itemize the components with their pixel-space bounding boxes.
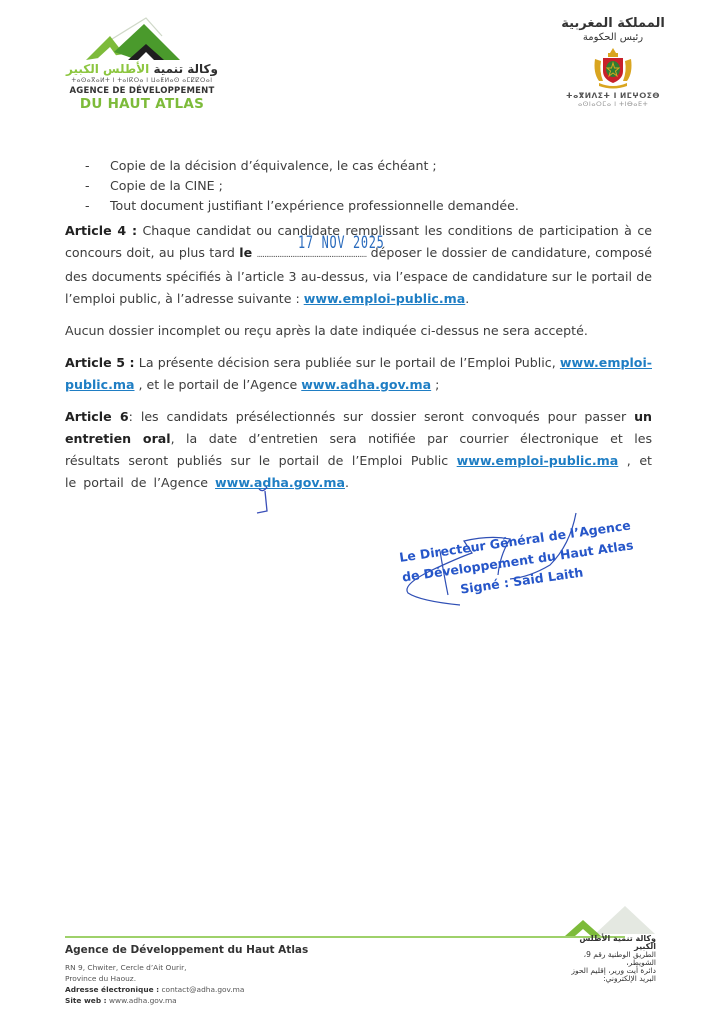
agency-tifinagh-name: ⵜⴰⵙⴰⴳⴰⵍⵜ ⵏ ⵜⴰⵏⴽⵔⴰ ⵏ ⵡⴰⵟⵍⴰⵙ ⴰⵎⵇⵇⵔⴰⵏ bbox=[62, 77, 222, 84]
agency-french-name-line2: DU HAUT ATLAS bbox=[62, 96, 222, 112]
article-5-text: La présente décision sera publiée sur le… bbox=[135, 355, 560, 370]
list-item-text: Tout document justifiant l’expérience pr… bbox=[110, 198, 519, 213]
article-6-label: Article 6 bbox=[65, 409, 129, 424]
footer-address-line-2: Province du Haouz. bbox=[65, 973, 425, 984]
footer-divider bbox=[65, 936, 625, 938]
footer-address-line-1: RN 9, Chwiter, Cercle d’Ait Ourir, bbox=[65, 962, 425, 973]
footer-arabic-line: الطريق الوطنية رقم 9، الشويطر، bbox=[560, 951, 656, 967]
list-item: -Copie de la décision d’équivalence, le … bbox=[65, 156, 652, 176]
punctuation: . bbox=[465, 291, 469, 306]
footer-contact: Agence de Développement du Haut Atlas RN… bbox=[65, 944, 425, 1006]
handwritten-mark-icon bbox=[255, 483, 275, 517]
mountain-logo-icon bbox=[84, 14, 194, 64]
agency-logo: وكالة تنمية الأطلس الكبير ⵜⴰⵙⴰⴳⴰⵍⵜ ⵏ ⵜⴰⵏ… bbox=[62, 14, 222, 112]
government-tifinagh-title: ⴰⵙⵏⴰⵔⵎⴰ ⵏ ⵜⵏⴱⴰⴹⵜ bbox=[548, 100, 678, 108]
adha-link[interactable]: www.adha.gov.ma bbox=[215, 475, 345, 490]
article-6: Article 6: les candidats présélectionnés… bbox=[65, 406, 652, 494]
list-item-text: Copie de la décision d’équivalence, le c… bbox=[110, 158, 437, 173]
kingdom-arabic-title: المملكة المغربية bbox=[548, 16, 678, 31]
article-5-label: Article 5 : bbox=[65, 355, 135, 370]
email-label: Adresse électronique : bbox=[65, 985, 159, 994]
list-item: -Copie de la CINE ; bbox=[65, 176, 652, 196]
document-body: -Copie de la décision d’équivalence, le … bbox=[65, 156, 652, 504]
bullet-dash: - bbox=[85, 156, 90, 176]
emploi-public-link[interactable]: www.emploi-public.ma bbox=[457, 453, 619, 468]
agency-arabic-name: وكالة تنمية الأطلس الكبير bbox=[62, 62, 222, 76]
article-5: Article 5 : La présente décision sera pu… bbox=[65, 352, 652, 396]
footer-email: Adresse électronique : contact@adha.gov.… bbox=[65, 984, 425, 995]
head-of-government-arabic: رئيس الحكومة bbox=[548, 32, 678, 43]
footer-arabic-line: البريد الإلكتروني: bbox=[560, 975, 656, 983]
stamped-date: 17 NOV 2025 bbox=[298, 233, 385, 253]
footer-arabic-title: وكالة تنمية الأطلس الكبير bbox=[560, 935, 656, 951]
article-4-le: le bbox=[239, 245, 252, 260]
emploi-public-link[interactable]: www.emploi-public.ma bbox=[304, 291, 466, 306]
bullet-dash: - bbox=[85, 176, 90, 196]
footer-arabic-address: وكالة تنمية الأطلس الكبير الطريق الوطنية… bbox=[560, 935, 656, 983]
website-label: Site web : bbox=[65, 996, 107, 1005]
adha-link[interactable]: www.adha.gov.ma bbox=[301, 377, 431, 392]
list-item: -Tout document justifiant l’expérience p… bbox=[65, 196, 652, 216]
required-documents-list: -Copie de la décision d’équivalence, le … bbox=[65, 156, 652, 216]
article-6-text: : les candidats présélectionnés sur doss… bbox=[129, 409, 634, 424]
bullet-dash: - bbox=[85, 196, 90, 216]
government-logo: المملكة المغربية رئيس الحكومة ⵜⴰⴳⵍⴷⵉⵜ ⵏ … bbox=[548, 16, 678, 108]
website-value[interactable]: www.adha.gov.ma bbox=[107, 996, 177, 1005]
punctuation: . bbox=[345, 475, 349, 490]
coat-of-arms-icon bbox=[591, 47, 635, 89]
email-value[interactable]: contact@adha.gov.ma bbox=[159, 985, 244, 994]
punctuation: ; bbox=[431, 377, 439, 392]
agency-french-name-line1: AGENCE DE DÉVELOPPEMENT bbox=[62, 86, 222, 96]
incomplete-notice: Aucun dossier incomplet ou reçu après la… bbox=[65, 320, 652, 342]
footer-agency-name: Agence de Développement du Haut Atlas bbox=[65, 944, 425, 956]
list-item-text: Copie de la CINE ; bbox=[110, 178, 223, 193]
article-4-label: Article 4 : bbox=[65, 223, 137, 238]
article-5-text-2: , et le portail de l’Agence bbox=[135, 377, 302, 392]
footer-website: Site web : www.adha.gov.ma bbox=[65, 995, 425, 1006]
kingdom-tifinagh-title: ⵜⴰⴳⵍⴷⵉⵜ ⵏ ⵍⵎⵖⵔⵉⴱ bbox=[548, 91, 678, 100]
